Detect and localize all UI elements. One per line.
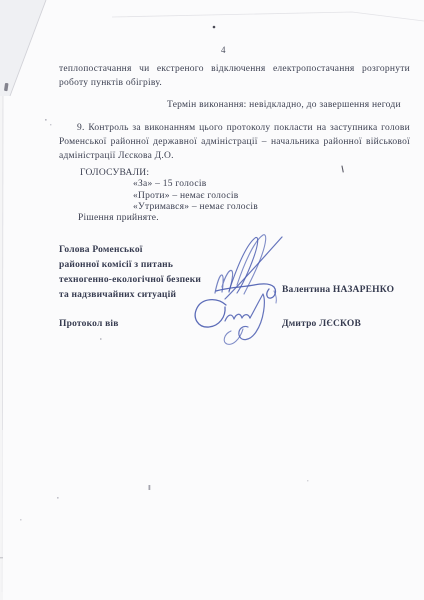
body-paragraph-1-line2: роботу пунктів обігріву. [59,76,410,90]
speck-1 [57,497,59,499]
ink-speck-top [213,26,216,29]
body-paragraph-1: теплопостачання чи екстреного відключенн… [59,62,410,90]
vote-line-za: «За» – 15 голосів [133,179,258,191]
paragraph-9-line3: адміністрації Лєскова Д.О. [59,149,410,163]
chair-title: Голова Роменської районної комісії з пит… [59,243,201,303]
staple-mark [4,83,9,91]
chair-name: Валентина НАЗАРЕНКО [282,283,394,297]
speck-2 [20,519,22,521]
speck-left-edge-dash [0,557,3,558]
speck-4 [45,119,47,121]
page-fold-artifact [0,0,46,96]
page-fold-edge [10,0,46,96]
deadline-line: Термін виконання: невідкладно, до заверш… [167,98,401,112]
paragraph-9: 9. Контроль за виконанням цього протокол… [59,121,410,163]
chair-title-line4: та надзвичайних ситуацій [59,288,201,303]
chair-title-line1: Голова Роменської [59,243,201,258]
speck-3 [307,480,308,481]
left-edge-line [3,96,4,430]
voting-results: «За» – 15 голосів «Проти» – немає голосі… [133,179,258,214]
secretary-name: Дмитро ЛЄСКОВ [282,317,361,331]
scan-crease-line [112,12,424,21]
secretary-label: Протокол вів [59,317,119,331]
left-edge-line-faded [2,430,3,592]
scanned-protocol-page: 4 теплопостачання чи екстреного відключе… [0,0,424,600]
paragraph-9-line1: 9. Контроль за виконанням цього протокол… [59,121,410,135]
vote-line-proty: «Проти» – немає голосів [133,191,258,203]
body-paragraph-1-line1: теплопостачання чи екстреного відключенн… [59,62,410,76]
voting-header: ГОЛОСУВАЛИ: [80,166,149,180]
chair-title-line3: техногенно-екологічної безпеки [59,273,201,288]
speck-5 [50,124,51,125]
speck-6 [100,338,102,340]
secretary-signature [195,294,264,344]
page-number: 4 [221,43,226,57]
chair-title-line2: районної комісії з питань [59,258,201,273]
ink-speck-right [342,166,343,172]
left-edge-shading [0,96,3,600]
signatures-overlay [185,228,295,353]
decision-line: Рішення прийняте. [78,211,159,225]
speck-bottom-center [149,485,151,490]
paragraph-9-line2: Роменської районної державної адміністра… [59,135,410,149]
chair-signature [215,235,282,303]
